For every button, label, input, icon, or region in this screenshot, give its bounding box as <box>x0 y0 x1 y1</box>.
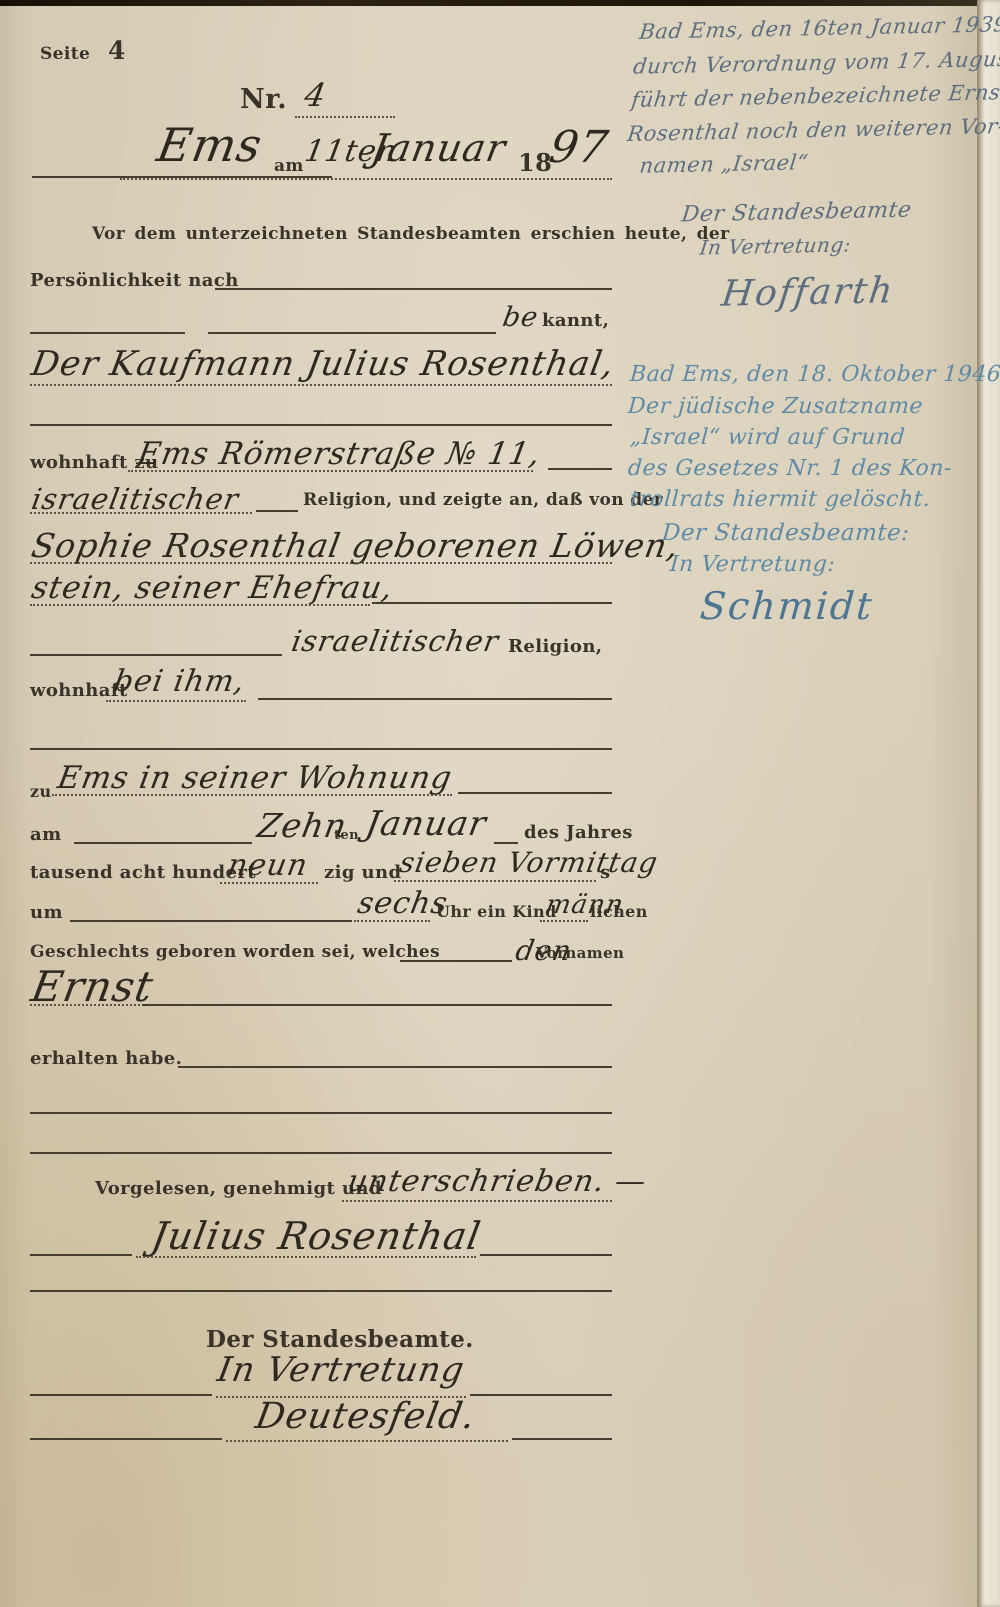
note-1939-line-5: namen „Israel“ <box>638 150 809 178</box>
persoenlichkeit-label: Persönlichkeit nach <box>30 270 239 291</box>
blank-line-5 <box>30 1262 612 1292</box>
bekannt-handwritten: be <box>500 302 541 333</box>
ten-suffix: ten <box>334 828 359 843</box>
intro-line: Vor dem unterzeichneten Standesbeamten e… <box>92 224 730 244</box>
blank-line-1 <box>30 396 612 426</box>
hour-blank-rule <box>70 892 352 922</box>
s-suffix: s <box>600 862 611 883</box>
note-1946-official: Der Standesbeamte: <box>661 520 910 546</box>
record-number-underline <box>295 84 395 118</box>
year-tens-underline <box>220 854 318 884</box>
signature-rule-right <box>480 1224 612 1256</box>
month-dash <box>494 814 518 844</box>
record-number-label: Nr. <box>240 84 287 115</box>
registrar-role-label: Der Standesbeamte. <box>206 1326 474 1353</box>
declarant-underline <box>30 354 612 386</box>
religion1-printed: Religion, und zeigte an, daß von der <box>303 490 663 510</box>
dateline-rule-dotted <box>120 148 612 180</box>
vorname-blank-rule <box>400 932 512 962</box>
blank-rule-b <box>208 304 496 334</box>
mother2-underline <box>30 574 370 606</box>
unterschrieben-underline <box>342 1170 612 1202</box>
page-number-value: 4 <box>108 36 126 65</box>
blank-line-2 <box>30 720 612 750</box>
des-jahres-label: des Jahres <box>524 822 633 843</box>
am-day-label: am <box>30 824 62 845</box>
um-label: um <box>30 902 63 923</box>
note-1946-line-1: Bad Ems, den 18. Oktober 1946. <box>629 362 1000 387</box>
registrar-rule-left <box>30 1408 222 1440</box>
registrar-rule-right <box>512 1408 612 1440</box>
note-1946-signature: Schmidt <box>698 584 875 628</box>
note-1939-line-3: führt der nebenbezeichnete Ernst <box>630 80 1000 112</box>
lichen-suffix: lichen <box>590 902 648 921</box>
note-1939-line-1: Bad Ems, den 16ten Januar 1939 <box>638 12 1000 44</box>
zu-label: zu <box>30 782 52 801</box>
page-number-label: Seite <box>40 44 90 64</box>
religion1-dash <box>256 484 298 512</box>
zig-und-label: zig und <box>324 862 401 883</box>
address-underline <box>128 440 533 472</box>
persoenlichkeit-blank <box>215 260 612 290</box>
religion2-value: israelitischer <box>289 624 502 658</box>
signature-underline <box>136 1226 476 1258</box>
vertretung-underline <box>216 1366 466 1398</box>
note-1946-line-3: „Israel“ wird auf Grund <box>629 425 906 450</box>
vorgelesen-label: Vorgelesen, genehmigt und <box>95 1178 382 1199</box>
year-ones-underline <box>394 852 596 882</box>
vornamen-label: Vornamen <box>536 944 624 962</box>
blank-line-3 <box>30 1084 612 1114</box>
hour-underline <box>354 892 430 922</box>
birth-month-value: Januar <box>362 804 489 844</box>
firstname-rule-tail <box>142 974 612 1006</box>
note-1946-deputy: In Vertretung: <box>669 552 836 577</box>
photo-top-edge <box>0 0 1000 6</box>
blank-line-4 <box>30 1124 612 1154</box>
bekannt-printed: kannt, <box>542 310 609 331</box>
gender-underline <box>540 894 588 922</box>
note-1939-line-4: Rosenthal noch den weiteren Vor- <box>626 114 1000 146</box>
blank-rule-a <box>30 304 185 334</box>
firstname-underline <box>30 974 140 1006</box>
vertretung-rule-left <box>30 1364 212 1396</box>
birthplace-underline <box>52 764 452 796</box>
registry-page: Seite 4 Nr. 4 Ems am 11ten Januar 18 97 … <box>0 0 1000 1607</box>
religion1-underline <box>30 484 252 514</box>
birthplace-rule-tail <box>458 764 612 794</box>
note-1939-line-2: durch Verordnung vom 17. August 1938 <box>632 45 1000 78</box>
note-1946-line-4: des Gesetzes Nr. 1 des Kon- <box>627 456 953 481</box>
adjacent-page-edge <box>977 0 1000 1607</box>
note-1939-deputy: In Vertretung: <box>698 232 852 259</box>
address-rule-tail <box>548 440 612 470</box>
mother2-rule-tail <box>372 574 612 604</box>
registrar-underline <box>226 1410 508 1442</box>
mother-underline <box>30 532 612 564</box>
note-1946-line-2: Der jüdische Zusatzname <box>627 394 924 419</box>
vertretung-rule-right <box>470 1364 612 1396</box>
note-1939-signature: Hoffarth <box>719 270 896 315</box>
day-blank-rule <box>74 814 252 844</box>
wohnhaft2-underline <box>106 670 246 702</box>
wohnhaft2-rule-tail <box>258 670 612 700</box>
note-1939-official: Der Standesbeamte <box>680 198 913 228</box>
note-1946-line-5: trollrats hiermit gelöscht. <box>629 487 931 512</box>
erhalten-label: erhalten habe. <box>30 1048 182 1069</box>
erhalten-rule <box>178 1038 612 1068</box>
religion2-printed: Religion, <box>508 636 602 657</box>
signature-rule-left <box>30 1224 132 1256</box>
geschlechts-label: Geschlechts geboren worden sei, welches <box>30 942 440 962</box>
religion2-blank <box>30 626 282 656</box>
uhr-kind-label: Uhr ein Kind <box>436 902 557 921</box>
